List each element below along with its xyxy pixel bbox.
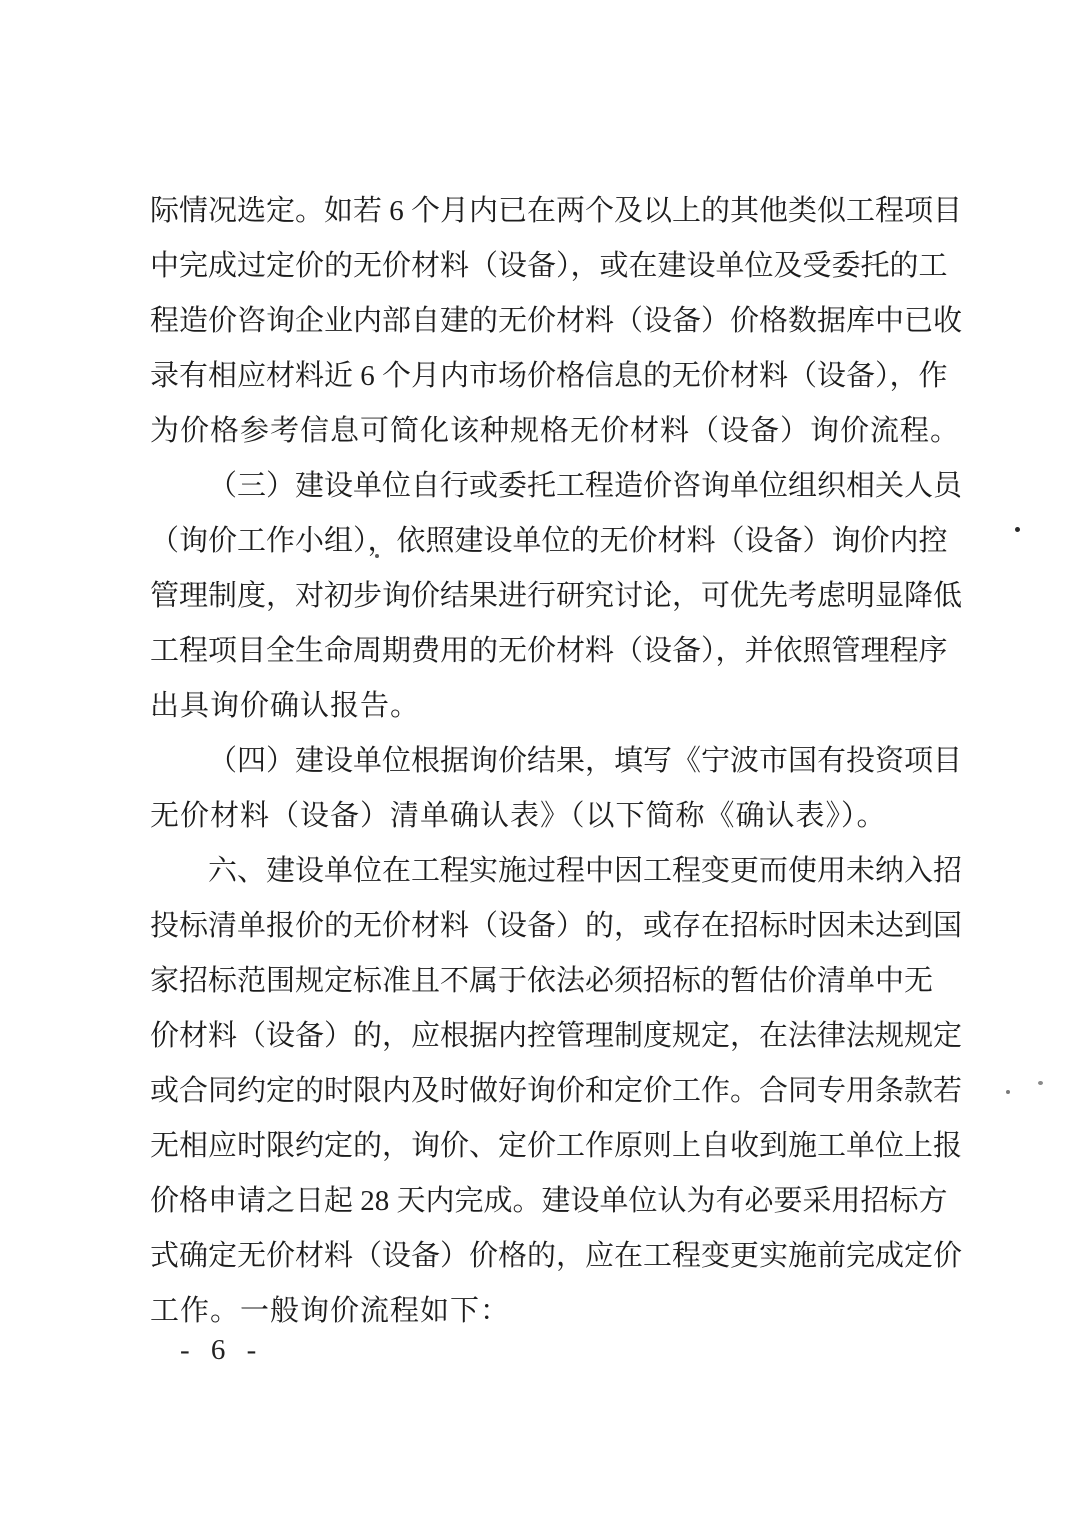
text-line: 管理制度，对初步询价结果进行研究讨论，可优先考虑明显降低 — [150, 569, 930, 624]
text-line: （询价工作小组），依照建设单位的无价材料（设备）询价内控 — [150, 514, 930, 569]
text-line: 或合同约定的时限内及时做好询价和定价工作。合同专用条款若 — [150, 1064, 930, 1119]
text-line paragraph-start: （四）建设单位根据询价结果，填写《宁波市国有投资项目 — [150, 734, 930, 789]
body-text: 际情况选定。如若 6 个月内已在两个及以上的其他类似工程项目 中完成过定价的无价… — [150, 184, 930, 1339]
text-line: 工作。一般询价流程如下： — [150, 1284, 930, 1339]
text-line: 程造价咨询企业内部自建的无价材料（设备）价格数据库中已收 — [150, 294, 930, 349]
text-line: 出具询价确认报告。 — [150, 679, 930, 734]
text-line: 工程项目全生命周期费用的无价材料（设备），并依照管理程序 — [150, 624, 930, 679]
text-line: 家招标范围规定标准且不属于依法必须招标的暂估价清单中无 — [150, 954, 930, 1009]
text-line: 为价格参考信息可简化该种规格无价材料（设备）询价流程。 — [150, 404, 930, 459]
text-line: 际情况选定。如若 6 个月内已在两个及以上的其他类似工程项目 — [150, 184, 930, 239]
text-line: 无相应时限约定的，询价、定价工作原则上自收到施工单位上报 — [150, 1119, 930, 1174]
text-line: 投标清单报价的无价材料（设备）的，或存在招标时因未达到国 — [150, 899, 930, 954]
text-line: 式确定无价材料（设备）价格的，应在工程变更实施前完成定价 — [150, 1229, 930, 1284]
page-number: - 6 - — [180, 1334, 263, 1366]
text-line: 价格申请之日起 28 天内完成。建设单位认为有必要采用招标方 — [150, 1174, 930, 1229]
scan-speck — [1038, 1081, 1043, 1085]
text-line: 无价材料（设备）清单确认表》（以下简称《确认表》）。 — [150, 789, 930, 844]
scan-speck — [1015, 527, 1020, 532]
text-line paragraph-start: （三）建设单位自行或委托工程造价咨询单位组织相关人员 — [150, 459, 930, 514]
scan-speck — [1006, 1090, 1010, 1094]
text-line: 价材料（设备）的，应根据内控管理制度规定，在法律法规规定 — [150, 1009, 930, 1064]
text-line: 录有相应材料近 6 个月内市场价格信息的无价材料（设备），作 — [150, 349, 930, 404]
text-line paragraph-start: 六、建设单位在工程实施过程中因工程变更而使用未纳入招 — [150, 844, 930, 899]
text-line: 中完成过定价的无价材料（设备），或在建设单位及受委托的工 — [150, 239, 930, 294]
document-page: 际情况选定。如若 6 个月内已在两个及以上的其他类似工程项目 中完成过定价的无价… — [0, 0, 1080, 1528]
scan-speck — [375, 554, 379, 558]
